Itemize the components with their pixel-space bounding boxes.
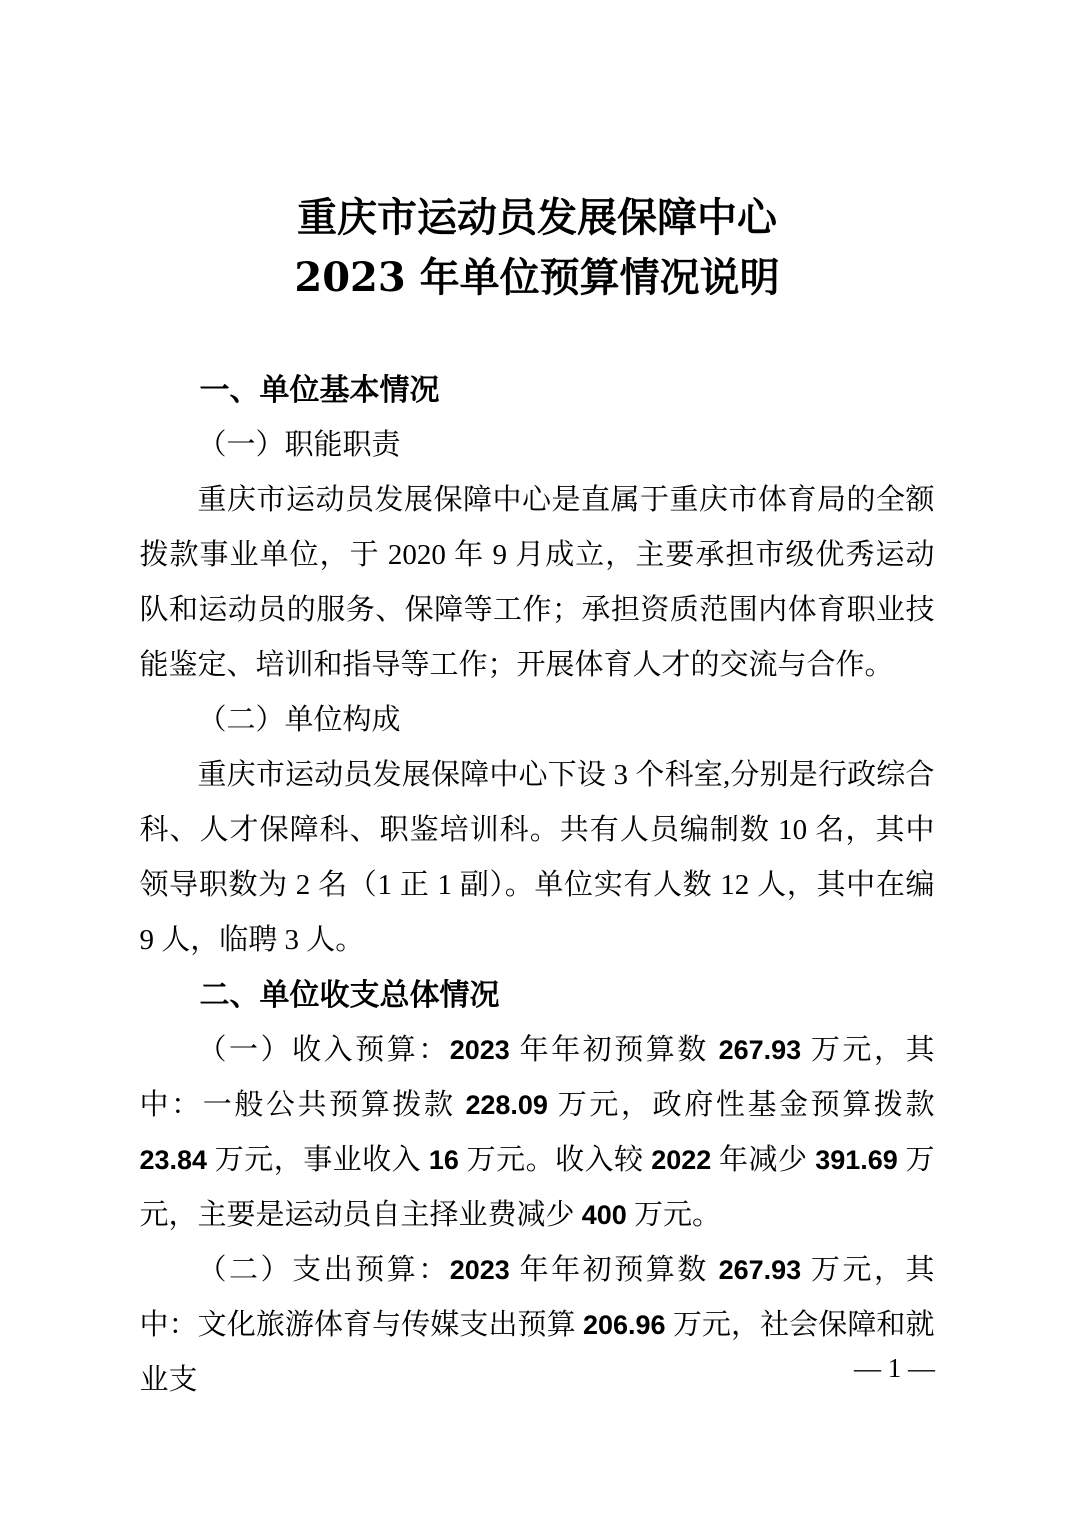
document-page: 重庆市运动员发展保障中心 2023 年单位预算情况说明 一、单位基本情况 （一）… — [0, 0, 1074, 1520]
page-number: — 1 — — [854, 1348, 935, 1388]
sub-heading-composition: （二）单位构成 — [140, 693, 935, 748]
paragraph-income-budget: （一）收入预算：2023 年年初预算数 267.93 万元，其中：一般公共预算拨… — [140, 1023, 935, 1243]
paragraph-functions: 重庆市运动员发展保障中心是直属于重庆市体育局的全额拨款事业单位，于 2020 年… — [140, 473, 935, 693]
document-title-line1: 重庆市运动员发展保障中心 — [0, 188, 1074, 248]
section-heading-basic-info: 一、单位基本情况 — [140, 363, 935, 418]
paragraph-expenditure-budget: （二）支出预算：2023 年年初预算数 267.93 万元，其中：文化旅游体育与… — [140, 1243, 935, 1408]
document-body: 一、单位基本情况 （一）职能职责 重庆市运动员发展保障中心是直属于重庆市体育局的… — [140, 363, 935, 1408]
document-title: 重庆市运动员发展保障中心 2023 年单位预算情况说明 — [0, 0, 1074, 308]
paragraph-composition: 重庆市运动员发展保障中心下设 3 个科室,分别是行政综合科、人才保障科、职鉴培训… — [140, 748, 935, 968]
document-title-line2: 2023 年单位预算情况说明 — [0, 248, 1074, 308]
sub-heading-functions: （一）职能职责 — [140, 418, 935, 473]
section-heading-budget-overview: 二、单位收支总体情况 — [140, 968, 935, 1023]
